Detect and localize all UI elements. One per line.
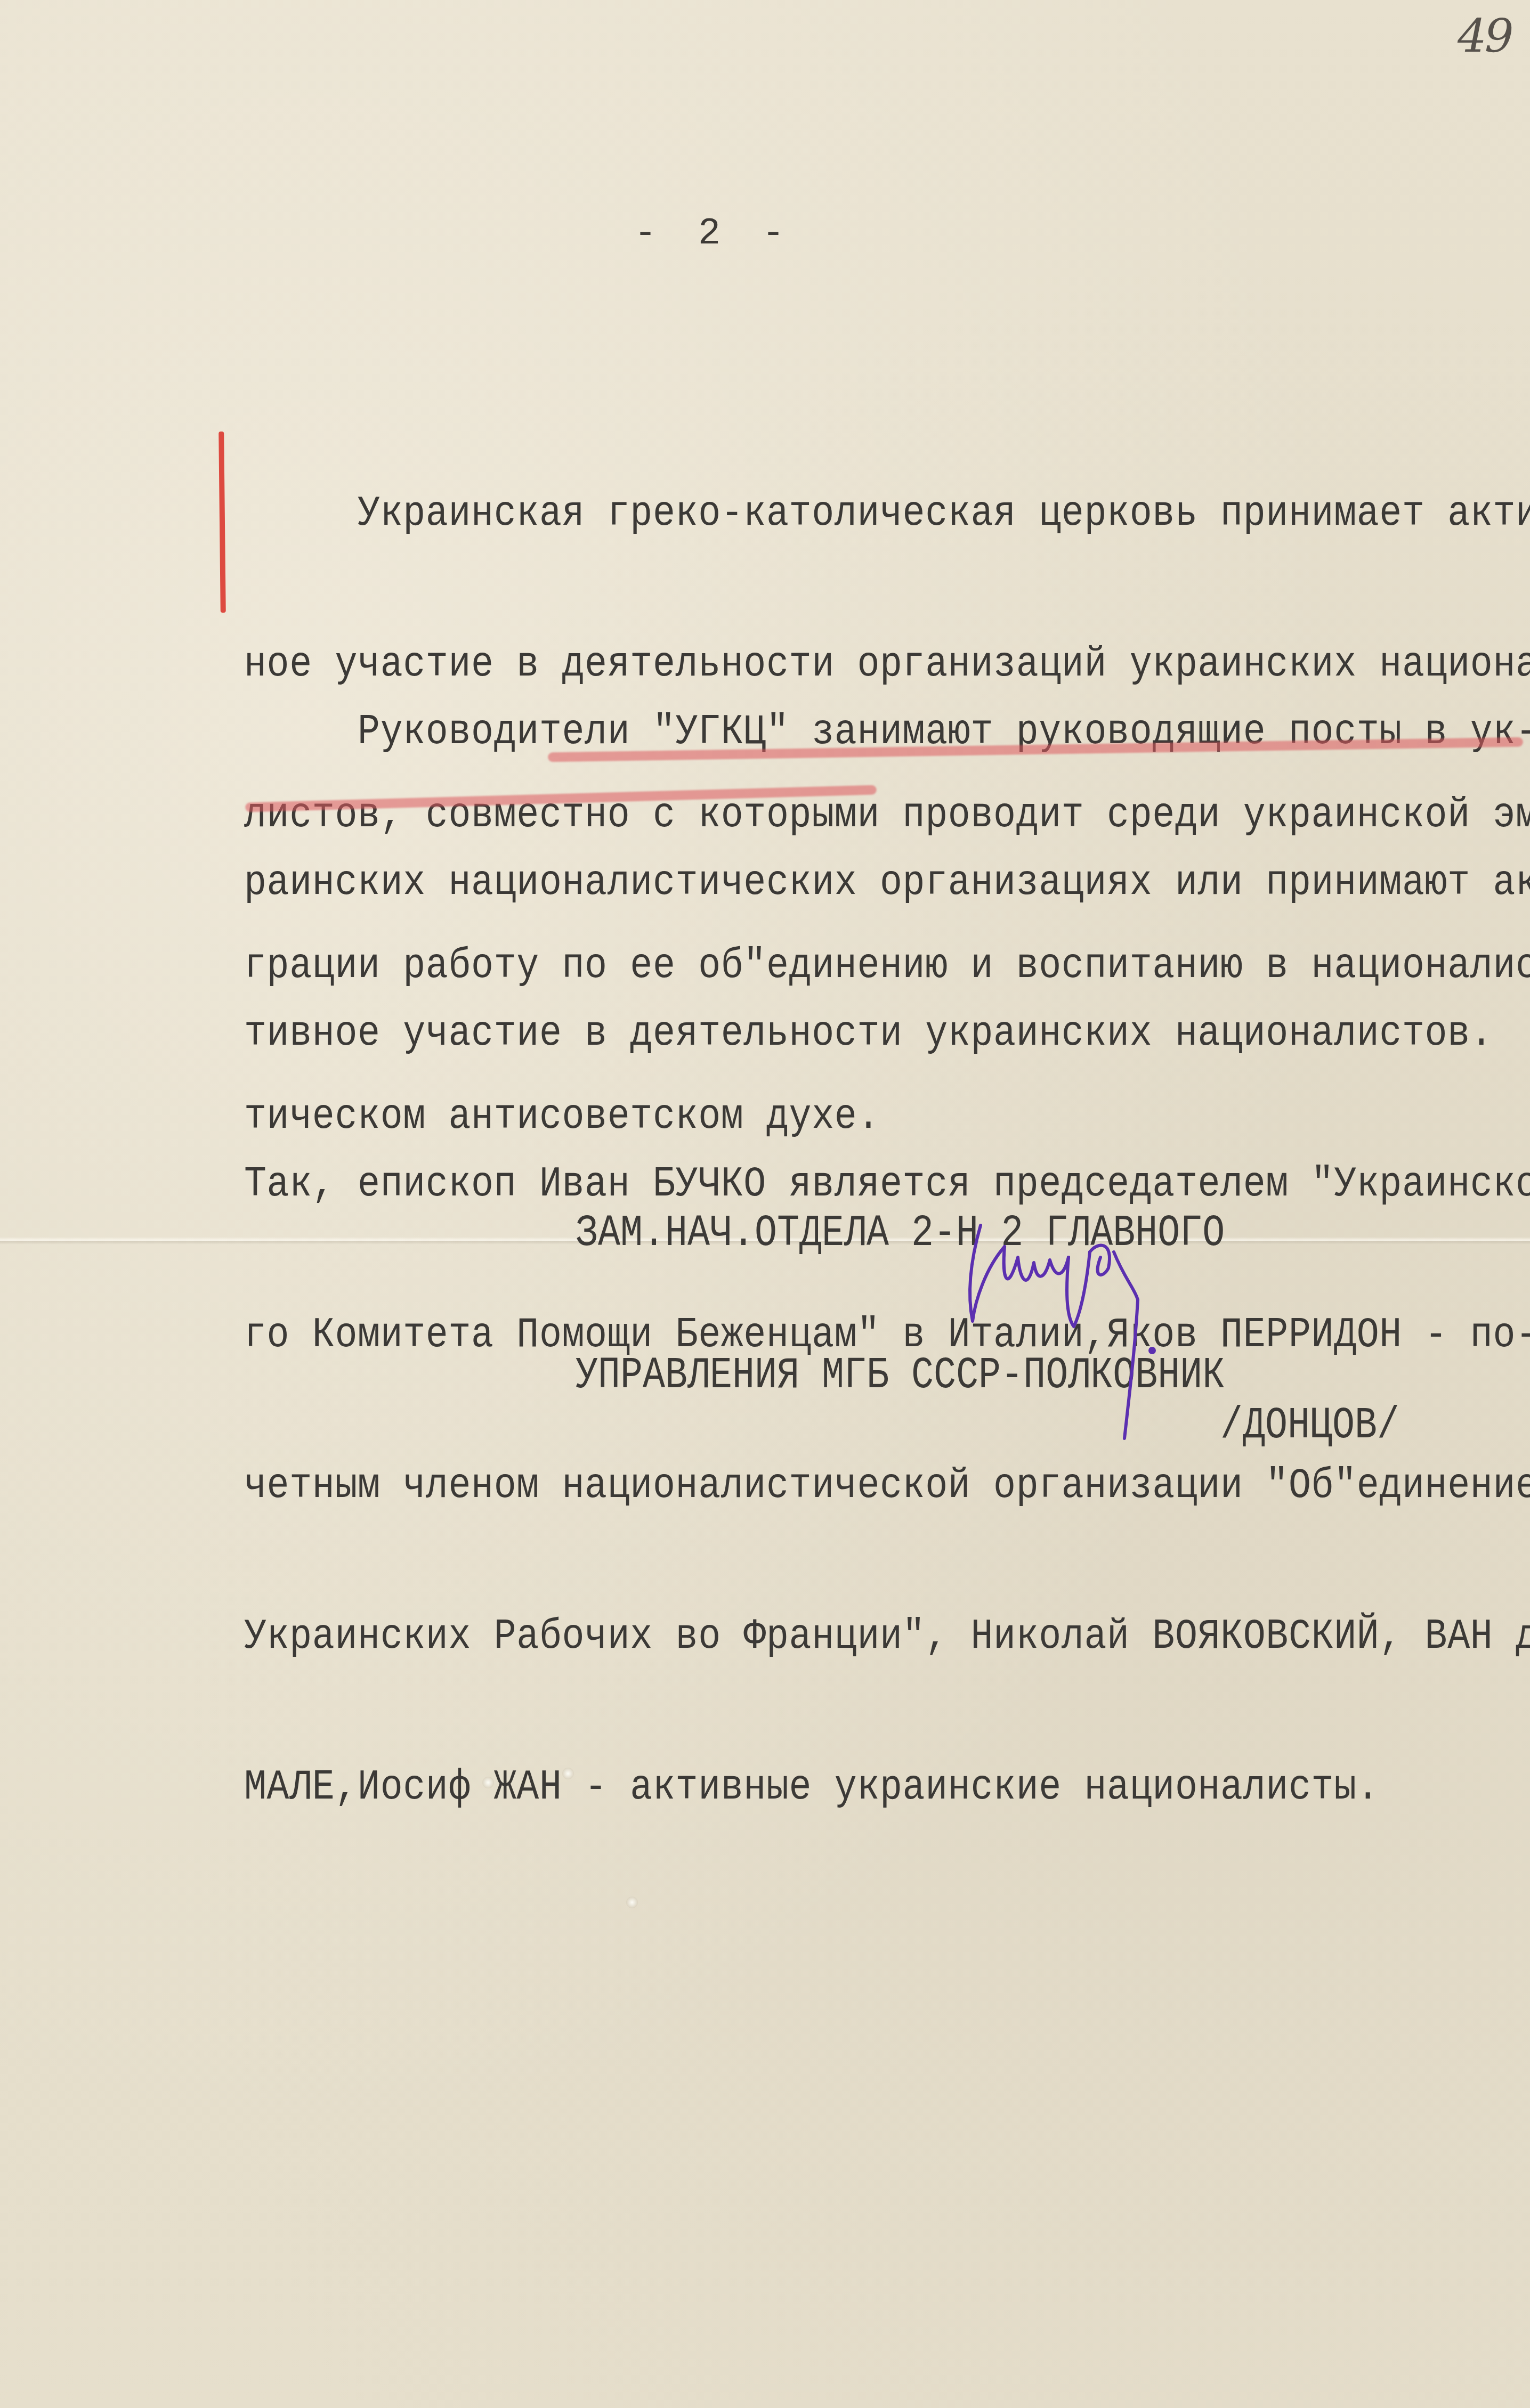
paper-blemish <box>626 1897 638 1908</box>
typed-signatory-name: /ДОНЦОВ/ <box>1220 1401 1399 1452</box>
archive-sheet-number: 49 <box>1458 10 1511 63</box>
text-line: Украинских Рабочих во Франции", Николай … <box>244 1612 1530 1662</box>
page-number: - 2 - <box>634 213 794 255</box>
text-line: тивное участие в деятельности украинских… <box>244 1009 1530 1059</box>
text-line: раинских националистических организациях… <box>244 859 1530 909</box>
text-line: Украинская греко-католическая церковь пр… <box>244 490 1530 540</box>
text-line: четным членом националистической организ… <box>244 1461 1530 1511</box>
text-line: МАЛЕ,Иосиф ЖАН - активные украинские нац… <box>244 1763 1530 1813</box>
handwritten-signature-icon <box>954 1188 1220 1444</box>
